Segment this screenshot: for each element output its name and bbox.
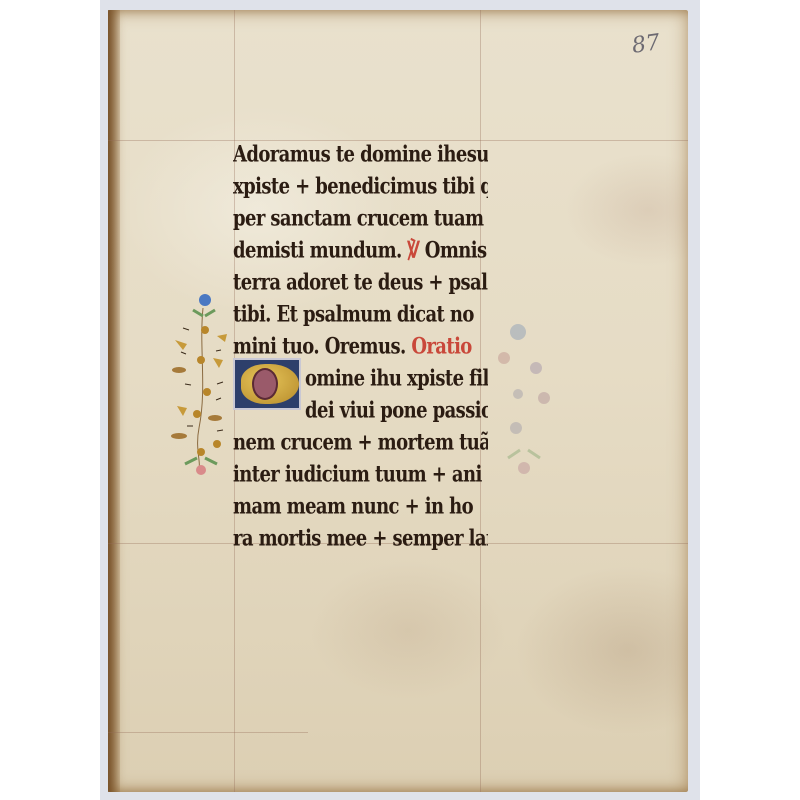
text-segment: demisti mundum.	[233, 237, 407, 263]
show-through-border-icon	[488, 318, 558, 478]
folio-number: 87	[630, 30, 661, 59]
text-segment: omine ihu xpiste fili	[305, 365, 488, 391]
text-segment: mini tuo. Oremus.	[233, 333, 411, 359]
ruling-line	[108, 732, 308, 733]
illuminated-initial-d	[233, 358, 301, 410]
rubric-oratio: Oratio	[411, 333, 471, 359]
text-segment: dei viui pone passio	[305, 397, 488, 423]
ivy-border-icon	[165, 288, 235, 478]
text-segment: Omnis	[425, 237, 487, 263]
text-line: ra mortis mee + semper lar	[233, 520, 488, 558]
rubric-versicle: ℣	[407, 237, 419, 263]
initial-letter-body	[252, 368, 278, 400]
